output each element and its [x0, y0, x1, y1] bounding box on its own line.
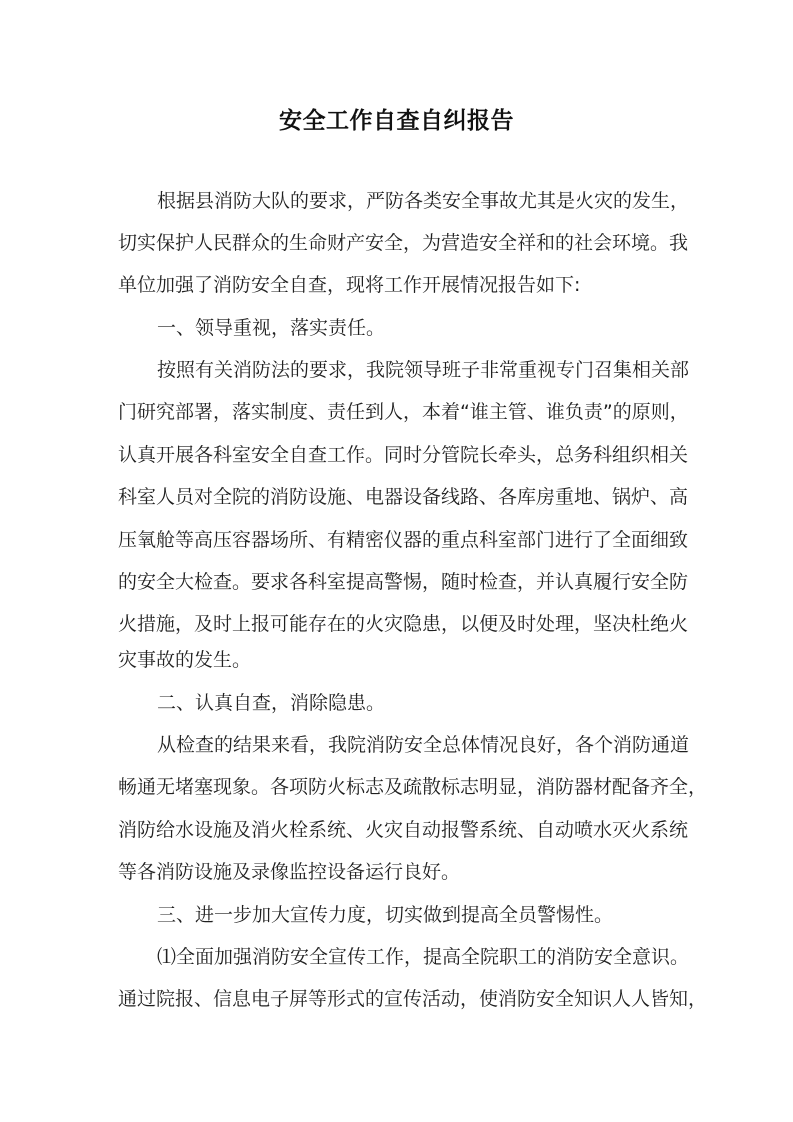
section-heading-3: 三、进一步加大宣传力度，切实做到提高全员警惕性。	[157, 902, 678, 928]
paragraph-intro-line-3: 单位加强了消防安全自查，现将工作开展情况报告如下:	[118, 272, 678, 298]
section-heading-1: 一、领导重视，落实责任。	[157, 315, 678, 341]
paragraph-1-line-7: 火措施，及时上报可能存在的火灾隐患，以便及时处理，坚决杜绝火	[118, 611, 678, 637]
paragraph-2-line-1: 从检查的结果来看，我院消防安全总体情况良好，各个消防通道	[157, 732, 678, 758]
paragraph-1-line-8: 灾事故的发生。	[118, 647, 678, 673]
paragraph-1-line-2: 门研究部署，落实制度、责任到人，本着“谁主管、谁负责”的原则，	[118, 399, 678, 425]
paragraph-1-line-4: 科室人员对全院的消防设施、电器设备线路、各库房重地、锅炉、高	[118, 484, 678, 510]
paragraph-1-line-1: 按照有关消防法的要求，我院领导班子非常重视专门召集相关部	[157, 357, 678, 383]
paragraph-1-line-3: 认真开展各科室安全自查工作。同时分管院长牵头，总务科组织相关	[118, 442, 678, 468]
paragraph-2-line-2: 畅通无堵塞现象。各项防火标志及疏散标志明显，消防器材配备齐全，	[118, 774, 678, 800]
paragraph-intro-line-2: 切实保护人民群众的生命财产安全，为营造安全祥和的社会环境。我	[118, 230, 678, 256]
paragraph-3-line-1: ⑴全面加强消防安全宣传工作，提高全院职工的消防安全意识。	[157, 944, 678, 970]
document-page: 安全工作自查自纠报告 根据县消防大队的要求，严防各类安全事故尤其是火灾的发生， …	[0, 0, 793, 1122]
paragraph-intro-line-1: 根据县消防大队的要求，严防各类安全事故尤其是火灾的发生，	[157, 188, 678, 214]
paragraph-2-line-4: 等各消防设施及录像监控设备运行良好。	[118, 859, 678, 885]
paragraph-1-line-5: 压氧舱等高压容器场所、有精密仪器的重点科室部门进行了全面细致	[118, 527, 678, 553]
paragraph-3-line-2: 通过院报、信息电子屏等形式的宣传活动，使消防安全知识人人皆知，	[118, 986, 678, 1012]
paragraph-2-line-3: 消防给水设施及消火栓系统、火灾自动报警系统、自动喷水灭火系统	[118, 817, 678, 843]
section-heading-2: 二、认真自查，消除隐患。	[157, 690, 678, 716]
paragraph-1-line-6: 的安全大检查。要求各科室提高警惕，随时检查，并认真履行安全防	[118, 569, 678, 595]
document-title: 安全工作自查自纠报告	[0, 102, 793, 135]
